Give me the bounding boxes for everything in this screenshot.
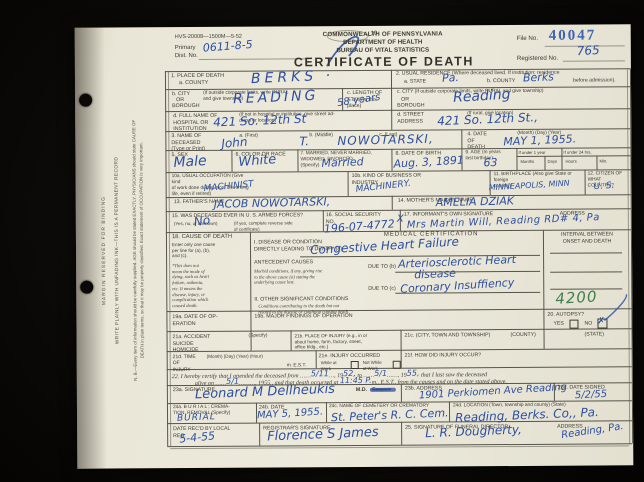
middle-name-label: b. (Middle) [309,132,333,138]
state-value: Pa. [442,72,459,84]
under-24-hrs-label: If under 24 hrs. [563,150,591,155]
grid-line-v [391,70,392,130]
marital-status-value: Married [321,156,364,169]
grid-line-v [316,350,317,368]
pen-flourish-icon [600,292,630,322]
street-address-value: 421 So. 12th St., [437,111,538,127]
grid-line-v [516,148,517,170]
punch-hole-bottom [80,281,93,294]
sex-value: Male [173,154,207,170]
autopsy-label: 20. AUTOPSY? [547,312,584,319]
grid-line-v [326,402,327,422]
hours-label: Hours [565,159,576,164]
cause-c-rule [395,292,540,294]
interval-rule-1 [550,252,622,253]
residence-borough-label: BOROUGH [397,103,424,110]
mother-maiden-name-value: AMELIA DZIAK [436,195,515,208]
est-label: m. E.S.T. [287,363,307,369]
burial-type-value: BURIAL [177,413,216,424]
not-while-at-work-checkbox[interactable] [393,361,401,369]
city-value: READING [233,89,319,106]
district-number-label: Dist. No. [175,53,198,61]
city-borough-label: BOROUGH [172,103,199,110]
interval-rule-2 [550,271,622,272]
county-value: BERKS · [251,69,335,86]
county-label: a. COUNTY [179,80,208,87]
father-name-value: JACOB NOWOTARSKI, [214,196,331,210]
interval-onset-death-label: INTERVAL BETWEEN ONSET AND DEATH [546,231,628,245]
hospital-label: d. FULL NAME OF HOSPITAL OR INSTITUTION [173,113,217,133]
grid-line-v [401,384,402,402]
grid-line-v [561,148,562,170]
ink-strike-mark [370,388,396,392]
time-of-death-value: 11:45 P. [340,376,372,385]
middle-name-value: T. [299,135,309,147]
injury-state-label: (STATE) [585,331,604,338]
grid-line-h [516,155,630,157]
autopsy-yes-label: YES [553,321,563,328]
days-label: Days [547,159,557,164]
due-to-b-value-2: disease [414,268,456,281]
certificate-header: HVS-20008—1500M—5-52 10 Primary Dist. No… [75,24,631,27]
grid-line-v [543,230,545,349]
armed-forces-label: 15. WAS DECEASED EVER IN U. S. ARMED FOR… [172,212,303,219]
burial-date-value: MAY 5, 1955. [257,407,324,421]
major-findings-label: 19b. MAJOR FINDINGS OF OPERATION [254,313,352,320]
state-label: a. STATE [404,79,426,86]
grid-line-h [167,328,632,332]
cause-of-death-label: 18. CAUSE OF DEATH [172,234,232,242]
margin-note-permanent-record: WRITE PLAINLY WITH UNFADING INK—THIS IS … [114,40,123,460]
grid-line-v [392,196,393,210]
funeral-director-value: L. R. Dougherty, [425,423,522,439]
registered-number-rule [563,60,625,61]
name-of-deceased-label: 3. NAME OF DECEASED (Type or Print) [171,133,205,153]
registered-number-value: 765 [576,44,600,57]
grid-line-v [291,330,292,350]
asterisk-note: *This does not mean the mode of dying, s… [172,263,246,309]
date-received-value: 5-4-55 [179,430,216,444]
antecedent-causes-label: ANTECEDENT CAUSES [254,259,313,266]
punch-hole-top [79,94,92,107]
primary-label: Primary [175,45,196,53]
date-signed-value: 5/2/55 [575,390,608,401]
citizen-value: U. S. [593,182,614,192]
due-to-c-label: DUE TO (c) [368,286,396,293]
months-label: Months [520,159,534,164]
grid-line-v [297,149,298,171]
grid-line-v [401,422,402,445]
date-of-death-value: MAY 1, 1955. [503,133,576,147]
grid-line-v [544,156,545,170]
file-number-label: File No. [517,35,538,43]
enter-one-cause-note: Enter only one cause per line for (a), (… [172,242,246,260]
last-seen-alive-date: 5/1 [226,377,239,386]
date-of-death-label: 4. DATE OF DEATH [467,131,487,151]
md-label: M.D. [356,387,367,394]
grid-line-h [167,348,632,352]
cause-b-rule [395,271,540,273]
street-address-label: d. STREET ADDRESS [397,112,424,125]
place-of-injury-label: 21b. PLACE OF INJURY (e.g., in or about … [295,333,399,351]
color-or-race-value: White [238,153,277,169]
grid-line-v [231,150,232,172]
armed-forces-value: No [193,214,211,228]
registered-number-label: Registered No. [517,55,558,63]
autopsy-no-label: NO [584,321,592,328]
date-of-operation-label: 19a. DATE OF OP- ERATION [172,314,217,327]
date-of-birth-value: Aug. 3, 1891 [393,154,464,169]
while-at-work-checkbox[interactable] [351,361,359,369]
accident-suicide-homicide-label: 21a. ACCIDENT SUICIDE HOMICIDE [173,334,211,354]
last-name-value: NOWOTARSKI, [337,133,434,147]
residence-city-value: Reading [453,88,511,105]
grid-line-v [461,129,462,148]
autopsy-yes-checkbox[interactable] [569,320,578,329]
scanned-photo-background: MARGIN RESERVED FOR BINDING WRITE PLAINL… [0,0,644,482]
registrar-signature-value: Florence S James [267,426,379,444]
informant-x-mark: X [397,215,404,225]
injury-occurred-label: 21e. INJURY OCCURRED [319,353,381,360]
injury-county-label: (COUNTY) [511,332,536,339]
death-certificate-paper: MARGIN RESERVED FOR BINDING WRITE PLAINL… [75,24,634,468]
under-1-year-label: If under 1 year [518,150,545,155]
residence-county-value: Berks [523,71,554,83]
armed-forces-note-2: (If yes, complete reverse side of certif… [234,220,320,232]
how-did-injury-occur-label: 21f. HOW DID INJURY OCCUR? [405,352,482,359]
hospital-value: 421 So. 12th St [213,113,306,129]
margin-note-binding: MARGIN RESERVED FOR BINDING [101,44,110,458]
grid-line-v [449,401,450,421]
grid-line-v [630,68,633,443]
due-to-b-label: DUE TO (b) [368,264,396,271]
injury-city-label: 21c. (CITY, TOWN AND TOWNSHIP) [405,332,491,339]
place-of-death-label: 1. PLACE OF DEATH [171,73,224,80]
min-label: Min. [599,158,607,163]
residence-county-label: b. COUNTY [487,78,515,85]
first-name-value: John [221,136,248,150]
grid-line-v [348,171,349,196]
age-value: 63 [483,157,497,168]
cause-code-value: 4200 [555,289,598,306]
margin-note-nb: N. B.—Every item of information should b… [130,38,148,462]
grid-line-v [596,156,597,170]
before-admission-label: before admission). [573,77,616,84]
grid-line-v [259,423,260,446]
grid-line-v-double [168,71,171,446]
specify-label: (Specify) [249,334,268,340]
time-of-injury-columns: (Month) (Day) (Year) (Hour) [207,354,263,360]
district-number-value: 0611-8-5 [202,39,253,54]
